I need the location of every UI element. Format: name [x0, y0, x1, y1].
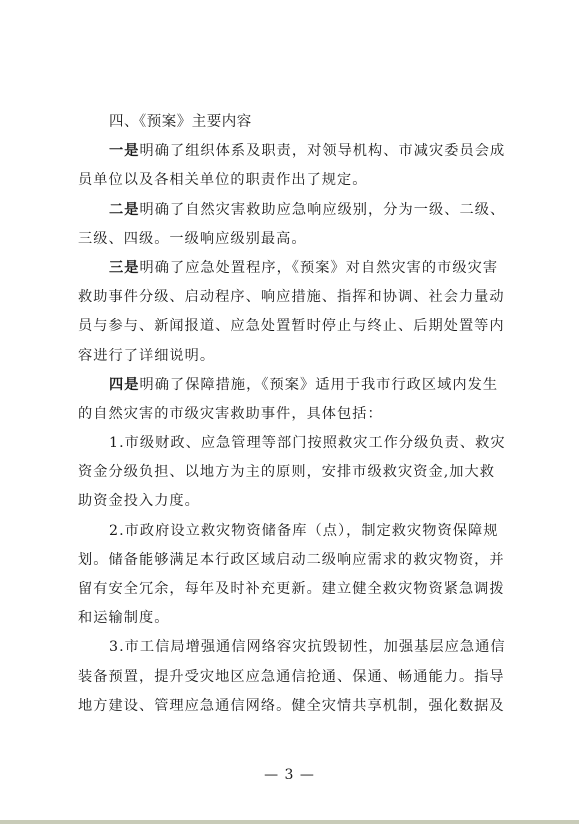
item-3-line-3: 地方建设、管理应急通信网络。健全灾情共享机制，强化数据及 — [78, 692, 510, 721]
document-page: 四、《预案》主要内容 一是明确了组织体系及职责，对领导机构、市减灾委员会成 员单… — [0, 0, 579, 820]
item-2-line-2: 划。储备能够满足本行政区域启动二级响应需求的救灾物资，并 — [78, 546, 510, 575]
item-2-line-4: 和运输制度。 — [78, 604, 510, 633]
paragraph-lead: 一是 — [109, 143, 139, 159]
paragraph-3-line-3: 员与参与、新闻报道、应急处置暂时停止与终止、后期处置等内 — [78, 312, 510, 341]
paragraph-1-line-2: 员单位以及各相关单位的职责作出了规定。 — [78, 166, 510, 195]
paragraph-3-line-4: 容进行了详细说明。 — [78, 342, 510, 371]
paragraph-lead: 三是 — [109, 260, 139, 276]
section-heading: 四、《预案》主要内容 — [78, 108, 510, 137]
paragraph-lead: 四是 — [109, 377, 139, 393]
item-3-line-1: 3.市工信局增强通信网络容灾抗毁韧性，加强基层应急通信 — [78, 633, 510, 662]
item-1-line-2: 资金分级负担、以地方为主的原则，安排市级救灾资金,加大救 — [78, 458, 510, 487]
paragraph-1-line-1: 一是明确了组织体系及职责，对领导机构、市减灾委员会成 — [78, 137, 510, 166]
item-1-line-3: 助资金投入力度。 — [78, 487, 510, 516]
item-2-line-1: 2.市政府设立救灾物资储备库（点），制定救灾物资保障规 — [78, 517, 510, 546]
paragraph-2-line-2: 三级、四级。一级响应级别最高。 — [78, 225, 510, 254]
paragraph-lead: 二是 — [109, 202, 139, 218]
page-bottom-edge — [0, 820, 579, 824]
paragraph-3-line-1: 三是明确了应急处置程序，《预案》对自然灾害的市级灾害 — [78, 254, 510, 283]
item-3-line-2: 装备预置，提升受灾地区应急通信抢通、保通、畅通能力。指导 — [78, 663, 510, 692]
document-body: 四、《预案》主要内容 一是明确了组织体系及职责，对领导机构、市减灾委员会成 员单… — [78, 108, 510, 721]
item-1-line-1: 1.市级财政、应急管理等部门按照救灾工作分级负责、救灾 — [78, 429, 510, 458]
item-2-line-3: 留有安全冗余，每年及时补充更新。建立健全救灾物资紧急调拨 — [78, 575, 510, 604]
paragraph-2-line-1: 二是明确了自然灾害救助应急响应级别，分为一级、二级、 — [78, 196, 510, 225]
paragraph-3-line-2: 救助事件分级、启动程序、响应措施、指挥和协调、社会力量动 — [78, 283, 510, 312]
paragraph-4-line-1: 四是明确了保障措施，《预案》适用于我市行政区域内发生 — [78, 371, 510, 400]
page-number: — 3 — — [0, 767, 579, 783]
paragraph-4-line-2: 的自然灾害的市级灾害救助事件，具体包括： — [78, 400, 510, 429]
